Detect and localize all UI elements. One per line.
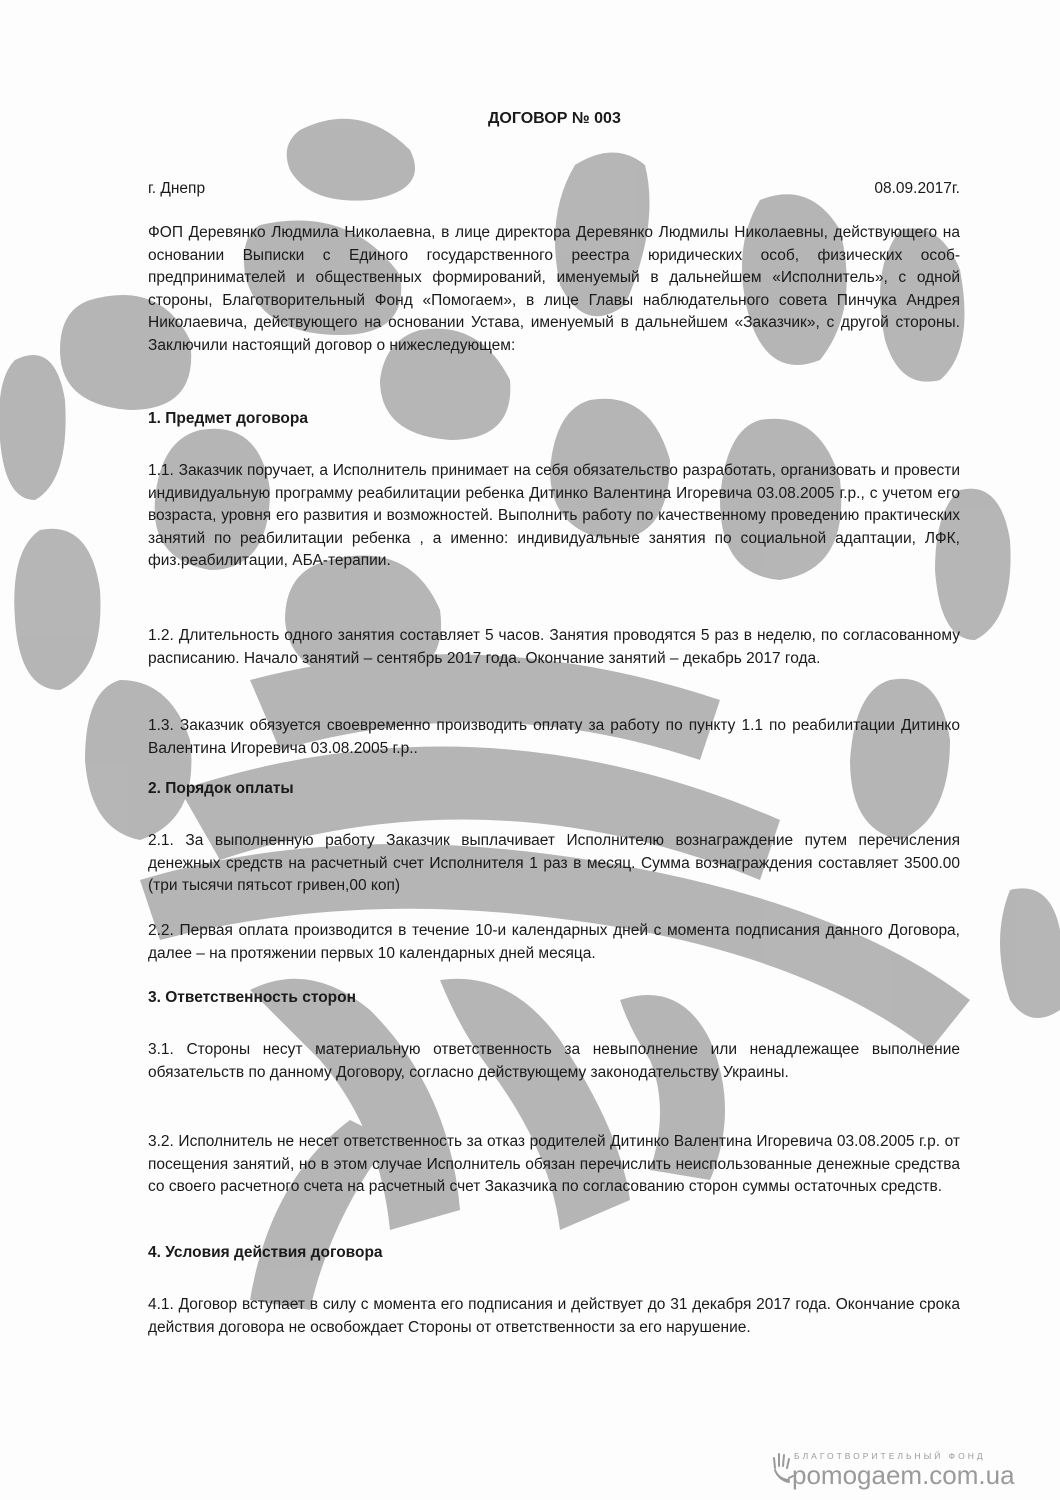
clause-1-3: 1.3. Заказчик обязуется своевременно про… (148, 715, 960, 760)
clause-4-1: 4.1. Договор вступает в силу с момента е… (148, 1294, 960, 1339)
section-heading: 4. Условия действия договора (148, 1242, 960, 1265)
logo-url: pomogaem.com.ua (792, 1460, 1015, 1491)
contract-date: 08.09.2017г. (874, 178, 960, 201)
preamble: ФОП Деревянко Людмила Николаевна, в лице… (148, 222, 960, 357)
clause-2-2: 2.2. Первая оплата производится в течени… (148, 920, 960, 965)
contract-title: ДОГОВОР № 003 (488, 108, 621, 131)
clause-3-2: 3.2. Исполнитель не несет ответственност… (148, 1131, 960, 1199)
hand-icon (772, 1450, 794, 1486)
clause-2-1: 2.1. За выполненную работу Заказчик выпл… (148, 830, 960, 898)
section-heading: 3. Ответственность сторон (148, 987, 960, 1010)
contract-city: г. Днепр (148, 178, 205, 201)
clause-1-1: 1.1. Заказчик поручает, а Исполнитель пр… (148, 460, 960, 573)
section-heading: 1. Предмет договора (148, 408, 960, 431)
section-heading: 2. Порядок оплаты (148, 778, 960, 801)
clause-1-2: 1.2. Длительность одного занятия составл… (148, 625, 960, 670)
clause-3-1: 3.1. Стороны несут материальную ответств… (148, 1039, 960, 1084)
